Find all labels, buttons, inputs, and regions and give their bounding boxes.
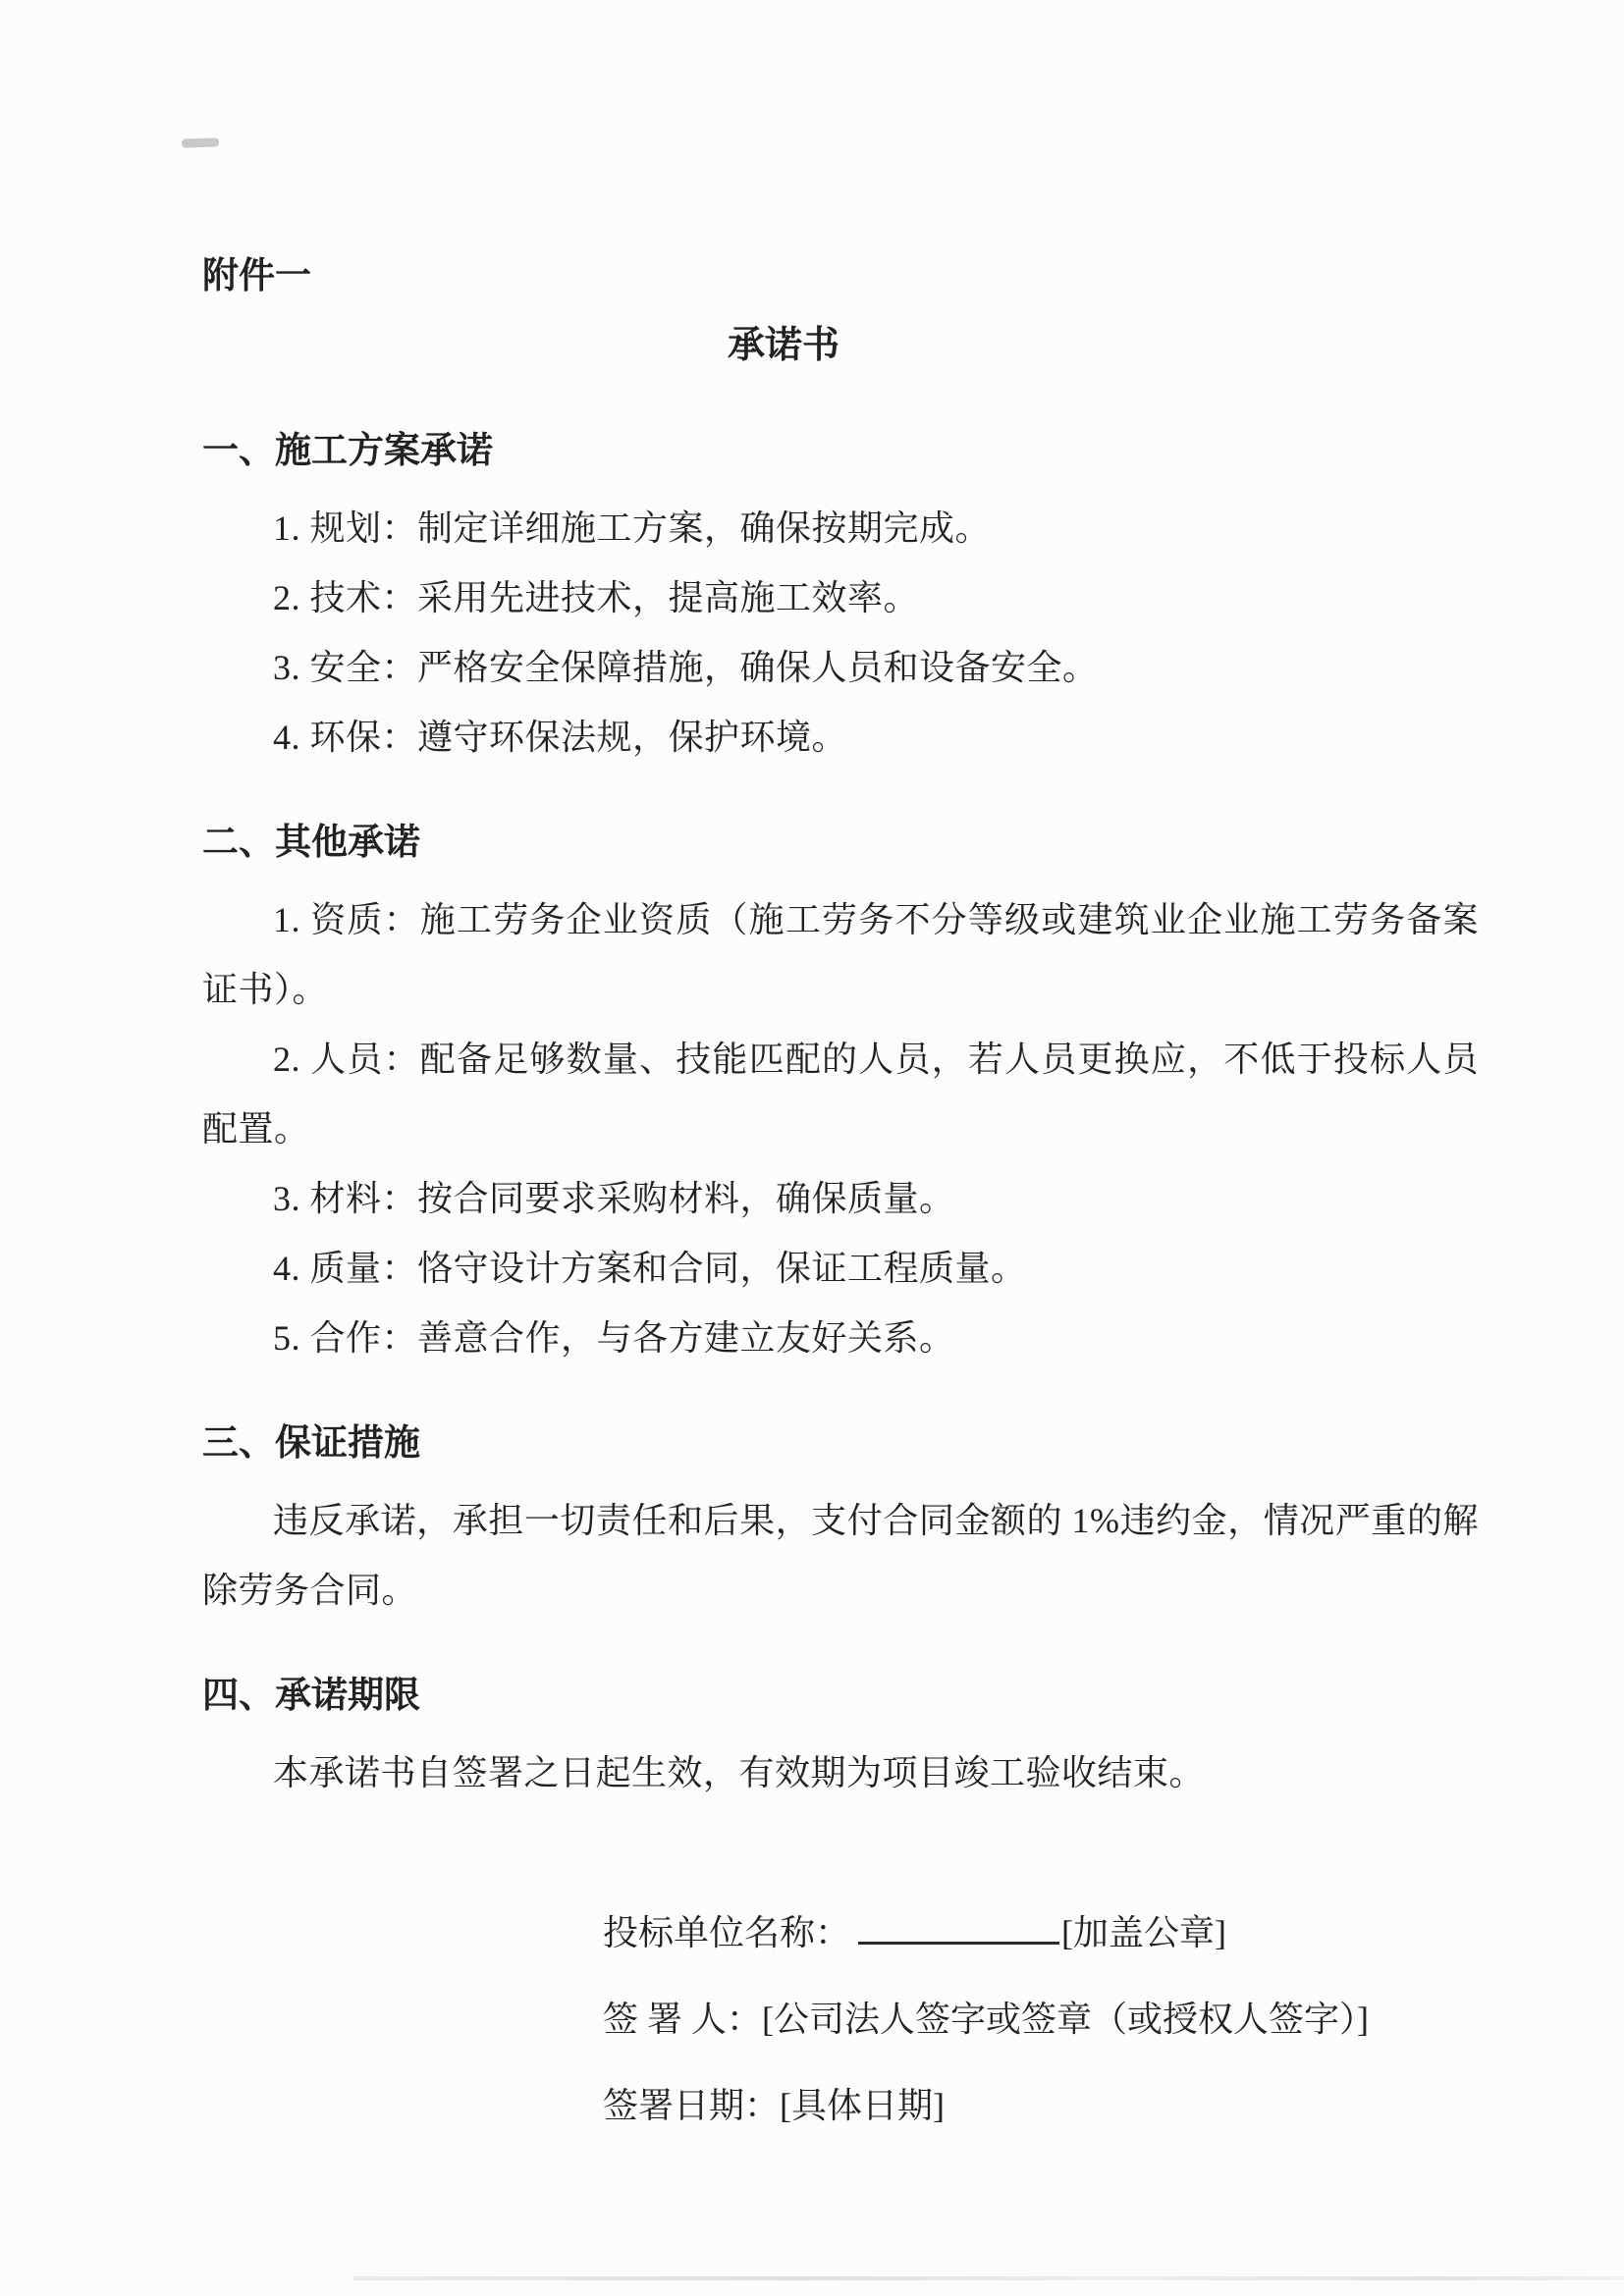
attachment-label: 附件一: [202, 241, 1479, 311]
section-2-item: 2. 人员：配备足够数量、技能匹配的人员，若人员更换应，不低于投标人员配置。: [202, 1025, 1479, 1164]
section-4-paragraph: 本承诺书自签署之日起生效，有效期为项目竣工验收结束。: [202, 1738, 1479, 1808]
signer-label: 签 署 人：: [603, 2000, 762, 2039]
signer-value: [公司法人签字或签章（或授权人签字）]: [762, 2000, 1369, 2039]
company-name-blank-line: [858, 1904, 1059, 1945]
signature-signer-row: 签 署 人：[公司法人签字或签章（或授权人签字）]: [603, 1985, 1479, 2055]
sign-date-value: [具体日期]: [780, 2086, 945, 2125]
company-name-label: 投标单位名称：: [603, 1913, 850, 1952]
section-1-heading: 一、施工方案承诺: [202, 416, 1479, 486]
scan-page-edge: [353, 2276, 1624, 2280]
section-4-heading: 四、承诺期限: [202, 1661, 1479, 1731]
document-body: 附件一 承诺书 一、施工方案承诺 1. 规划：制定详细施工方案，确保按期完成。 …: [202, 0, 1479, 2141]
signature-date-row: 签署日期：[具体日期]: [603, 2071, 1479, 2141]
section-1-item: 2. 技术：采用先进技术，提高施工效率。: [202, 563, 1479, 633]
section-1-item: 4. 环保：遵守环保法规，保护环境。: [202, 703, 1479, 773]
section-2-item: 5. 合作：善意合作，与各方建立友好关系。: [202, 1304, 1479, 1373]
section-2-item: 1. 资质：施工劳务企业资质（施工劳务不分等级或建筑业企业施工劳务备案证书）。: [202, 885, 1479, 1025]
signature-block: 投标单位名称：[加盖公章] 签 署 人：[公司法人签字或签章（或授权人签字）] …: [603, 1898, 1479, 2141]
signature-company-row: 投标单位名称：[加盖公章]: [603, 1898, 1479, 1968]
document-title: 承诺书: [145, 311, 1422, 381]
section-1-item: 1. 规划：制定详细施工方案，确保按期完成。: [202, 494, 1479, 563]
section-2-heading: 二、其他承诺: [202, 808, 1479, 878]
section-3-paragraph: 违反承诺，承担一切责任和后果，支付合同金额的 1%违约金，情况严重的解除劳务合同…: [202, 1486, 1479, 1626]
company-seal-note: [加盖公章]: [1061, 1913, 1226, 1952]
section-1-item: 3. 安全：严格安全保障措施，确保人员和设备安全。: [202, 633, 1479, 703]
section-2-item: 4. 质量：恪守设计方案和合同，保证工程质量。: [202, 1234, 1479, 1304]
section-3-heading: 三、保证措施: [202, 1409, 1479, 1478]
sign-date-label: 签署日期：: [603, 2086, 780, 2125]
section-2-item: 3. 材料：按合同要求采购材料，确保质量。: [202, 1164, 1479, 1234]
document-page: 附件一 承诺书 一、施工方案承诺 1. 规划：制定详细施工方案，确保按期完成。 …: [0, 0, 1624, 2296]
